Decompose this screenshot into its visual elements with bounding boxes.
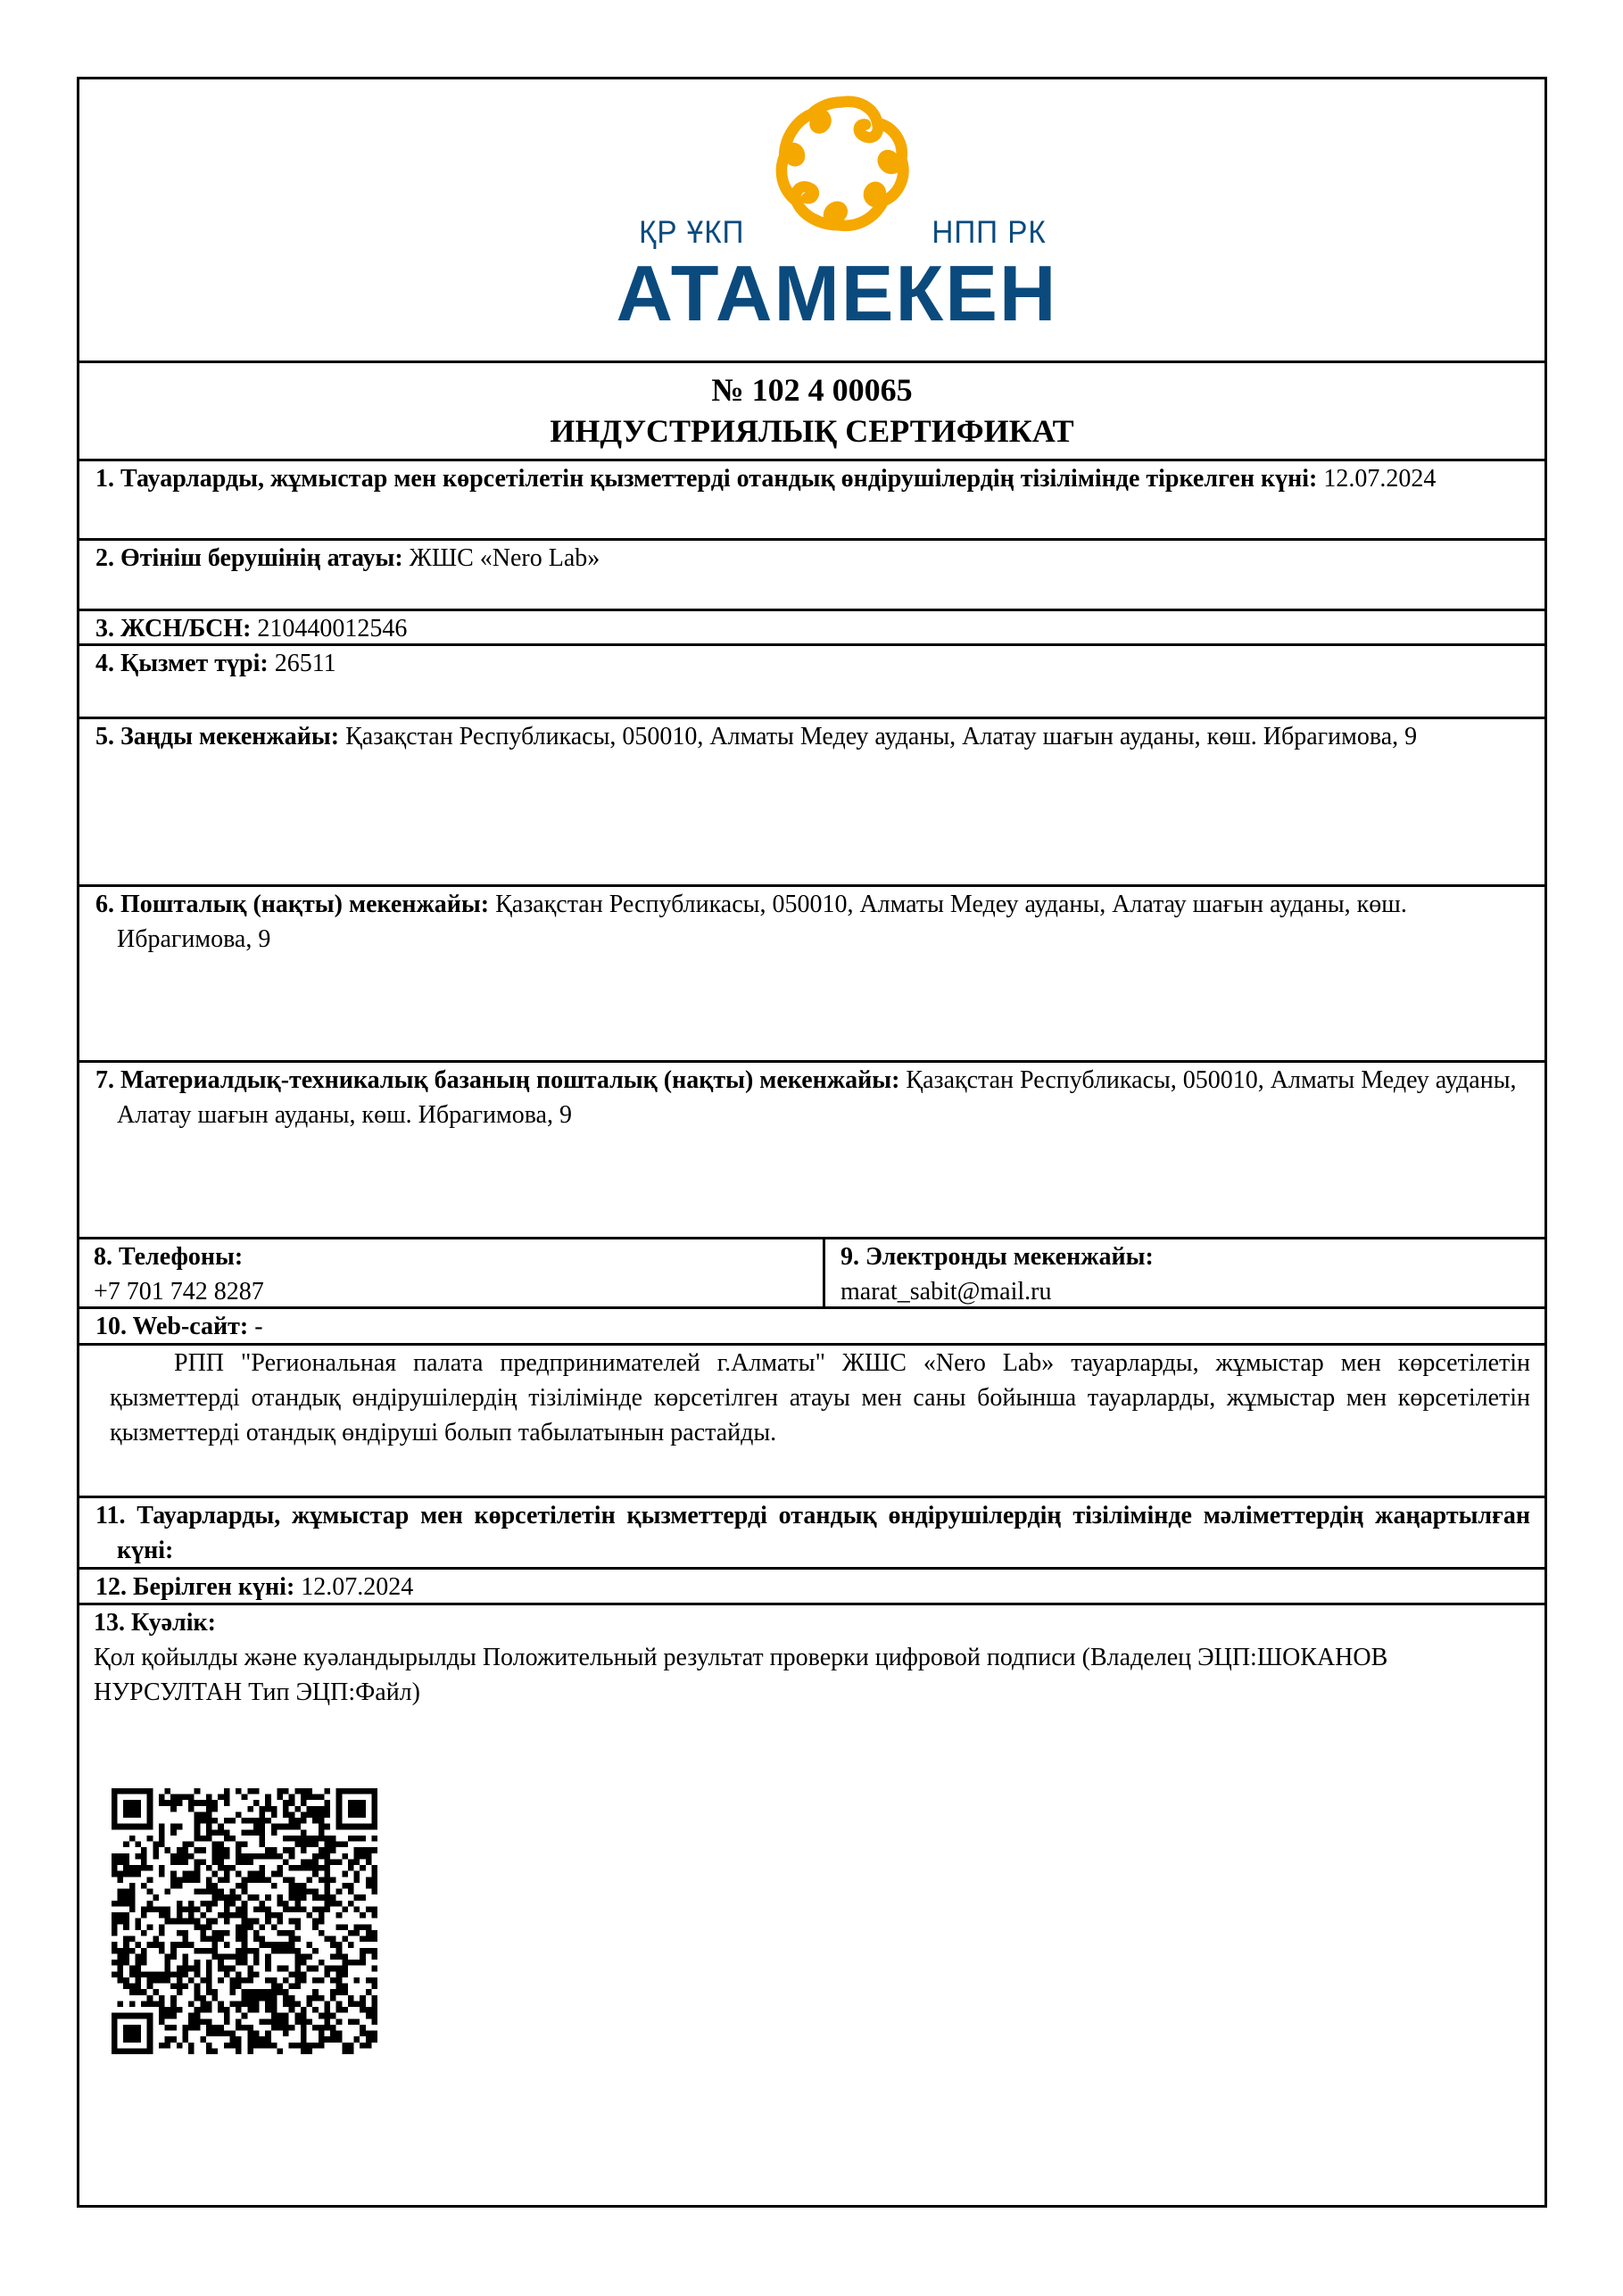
- field-postal-address: 6. Пошталық (нақты) мекенжайы: Қазақстан…: [79, 887, 1544, 1063]
- field-value: 26511: [275, 650, 336, 677]
- certificate-frame: ҚР ҰКП НПП РК АТАМЕКЕН № 102 4 00065 ИНД…: [77, 77, 1547, 2208]
- field-label: 1. Тауарларды, жұмыстар мен көрсетілетін…: [95, 465, 1317, 493]
- field-label: 2. Өтініш берушінің атауы:: [95, 544, 403, 572]
- field-value: -: [254, 1313, 262, 1340]
- field-legal-address: 5. Заңды мекенжайы: Қазақстан Республика…: [79, 719, 1544, 887]
- field-value: Қазақстан Республикасы, 050010, Алматы М…: [345, 723, 1417, 750]
- field-label: 13. Куәлік:: [94, 1609, 216, 1637]
- field-value: 210440012546: [257, 615, 407, 642]
- field-value: 12.07.2024: [301, 1573, 413, 1601]
- field-website: 10. Web-сайт: -: [79, 1309, 1544, 1346]
- logo-caption-ru: НПП РК: [932, 215, 1046, 251]
- logo-header: ҚР ҰКП НПП РК АТАМЕКЕН: [79, 79, 1544, 363]
- logo-wordmark: АТАМЕКЕН: [609, 249, 1064, 338]
- field-label: 7. Материалдық-техникалық базаның поштал…: [95, 1066, 899, 1094]
- field-facility-address: 7. Материалдық-техникалық базаның поштал…: [79, 1063, 1544, 1239]
- field-value: 12.07.2024: [1323, 465, 1436, 493]
- statement-text: РПП "Региональная палата предпринимателе…: [79, 1346, 1544, 1450]
- field-update-date: 11. Тауарларды, жұмыстар мен көрсетілеті…: [79, 1498, 1544, 1570]
- field-bin: 3. ЖСН/БСН: 210440012546: [79, 611, 1544, 646]
- logo-caption-kz: ҚР ҰКП: [639, 215, 744, 251]
- field-label: 8. Телефоны:: [94, 1243, 243, 1271]
- field-applicant-name: 2. Өтініш берушінің атауы: ЖШС «Nero Lab…: [79, 541, 1544, 611]
- atameken-rosette-icon: [766, 90, 916, 240]
- field-label: 3. ЖСН/БСН:: [95, 615, 251, 642]
- field-label: 11. Тауарларды, жұмыстар мен көрсетілеті…: [95, 1502, 1530, 1564]
- field-label: 9. Электронды мекенжайы:: [840, 1243, 1154, 1271]
- certificate-number: № 102 4 00065: [79, 370, 1544, 410]
- field-certification: 13. Куәлік: Қол қойылды және куәландырыл…: [79, 1605, 1544, 2205]
- signature-info: Қол қойылды және куәландырылды Положител…: [94, 1644, 1387, 1706]
- field-label: 6. Пошталық (нақты) мекенжайы:: [95, 891, 489, 918]
- qr-code-icon[interactable]: [112, 1788, 377, 2054]
- certificate-title: ИНДУСТРИЯЛЫҚ СЕРТИФИКАТ: [79, 410, 1544, 452]
- field-registration-date: 1. Тауарларды, жұмыстар мен көрсетілетін…: [79, 461, 1544, 541]
- field-value: ЖШС «Nero Lab»: [410, 544, 600, 572]
- field-label: 12. Берілген күні:: [95, 1573, 294, 1601]
- certificate-title-block: № 102 4 00065 ИНДУСТРИЯЛЫҚ СЕРТИФИКАТ: [79, 363, 1544, 461]
- contacts-row: 8. Телефоны: +7 701 742 8287 9. Электрон…: [79, 1239, 1544, 1309]
- field-label: 5. Заңды мекенжайы:: [95, 723, 339, 750]
- field-label: 4. Қызмет түрі:: [95, 650, 269, 677]
- confirmation-statement: РПП "Региональная палата предпринимателе…: [79, 1346, 1544, 1498]
- email-value: marat_sabit@mail.ru: [840, 1278, 1052, 1305]
- phone-value: +7 701 742 8287: [94, 1278, 264, 1305]
- field-label: 10. Web-сайт:: [95, 1313, 248, 1340]
- field-activity-type: 4. Қызмет түрі: 26511: [79, 646, 1544, 719]
- field-issue-date: 12. Берілген күні: 12.07.2024: [79, 1570, 1544, 1605]
- field-email: 9. Электронды мекенжайы: marat_sabit@mai…: [828, 1239, 1544, 1306]
- field-phone: 8. Телефоны: +7 701 742 8287: [79, 1239, 825, 1306]
